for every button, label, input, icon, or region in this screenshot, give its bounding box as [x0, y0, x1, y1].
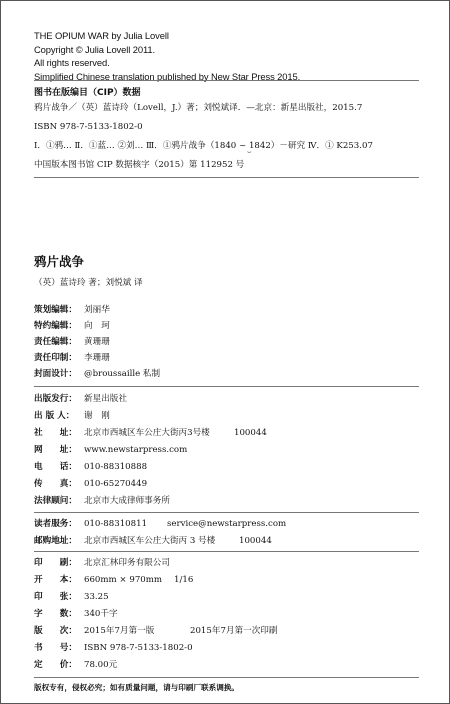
- row-value: 北京市西城区车公庄大街丙 3 号楼: [84, 534, 239, 549]
- print-run: 2015年7月第一次印刷: [190, 624, 278, 639]
- cip-title: 图书在版编目（CIP）数据: [34, 85, 141, 98]
- row-label: 社 址：: [34, 426, 84, 441]
- book-title: 鸦片战争: [34, 252, 84, 270]
- row-value: 李珊珊: [84, 351, 110, 366]
- divider: [34, 677, 419, 678]
- publisher-row: 社 址：北京市西城区车公庄大街丙3号楼100044: [34, 426, 267, 441]
- row-label: 传 真：: [34, 477, 84, 492]
- printing-row: 印 刷：北京汇林印务有限公司: [34, 556, 170, 571]
- copyright-page: THE OPIUM WAR by Julia Lovell Copyright …: [0, 0, 450, 704]
- copyright-footer-note: 版权专有，侵权必究；如有质量问题，请与印刷厂联系调换。: [34, 682, 239, 693]
- row-value: 向 珂: [84, 319, 110, 334]
- row-value: 北京市西城区车公庄大街丙3号楼: [84, 426, 234, 441]
- publisher-row: 电 话：010-88310888: [34, 460, 147, 475]
- row-value: 660mm × 970mm: [84, 573, 174, 588]
- divider: [34, 177, 419, 178]
- row-value: 010-88310811: [84, 517, 167, 532]
- row-label: 策划编辑：: [34, 303, 84, 318]
- email-link[interactable]: service@newstarpress.com: [167, 517, 286, 532]
- printer-mark: ⌣: [247, 148, 252, 157]
- row-label: 封面设计：: [34, 367, 84, 382]
- row-label: 网 址：: [34, 443, 84, 458]
- english-line-title: THE OPIUM WAR by Julia Lovell: [34, 29, 300, 43]
- publisher-row: 网 址：www.newstarpress.com: [34, 443, 187, 458]
- printing-row: 印 张：33.25: [34, 590, 109, 605]
- english-line-copyright: Copyright © Julia Lovell 2011.: [34, 43, 300, 57]
- cip-line-1: 鸦片战争／（英）蓝诗玲（Lovell，J.）著；刘悦斌译．—北京：新星出版社，2…: [34, 102, 362, 115]
- editor-row: 责任印制：李珊珊: [34, 351, 110, 366]
- printing-row: 版 次：2015年7月第一版2015年7月第一次印刷: [34, 624, 278, 639]
- row-value: 谢 刚: [84, 409, 110, 424]
- row-label: 法律顾问：: [34, 494, 84, 509]
- cip-line-isbn: ISBN 978-7-5133-1802-0: [34, 121, 143, 134]
- row-value: 北京市大成律师事务所: [84, 494, 170, 509]
- row-value: 刘丽华: [84, 303, 110, 318]
- divider: [34, 386, 419, 387]
- publisher-row: 出 版 人：谢 刚: [34, 409, 110, 424]
- english-notice: THE OPIUM WAR by Julia Lovell Copyright …: [34, 29, 300, 83]
- row-value: 340千字: [84, 607, 118, 622]
- editor-row: 责任编辑：黄珊珊: [34, 335, 110, 350]
- row-value: 78.00元: [84, 658, 117, 673]
- printing-row: 定 价：78.00元: [34, 658, 117, 673]
- row-value: ISBN 978-7-5133-1802-0: [84, 641, 193, 656]
- divider: [34, 80, 419, 81]
- row-value: 新星出版社: [84, 392, 127, 407]
- cip-line-classification: Ⅰ．①鸦… Ⅱ．①蓝… ②刘… Ⅲ．①鸦片战争（1840 ~ 1842）－研究 …: [34, 140, 373, 153]
- printing-row: 开 本：660mm × 970mm1/16: [34, 573, 193, 588]
- printing-row: 字 数：340千字: [34, 607, 118, 622]
- divider: [34, 551, 419, 552]
- postal-code: 100044: [239, 534, 272, 549]
- publisher-row: 传 真：010-65270449: [34, 477, 147, 492]
- reader-service-row: 读者服务：010-88310811service@newstarpress.co…: [34, 517, 286, 532]
- publisher-row: 法律顾问：北京市大成律师事务所: [34, 494, 170, 509]
- byline: （英）蓝诗玲 著；刘悦斌 译: [34, 276, 143, 288]
- row-label: 读者服务：: [34, 517, 84, 532]
- row-value: @broussaille 私制: [84, 367, 160, 382]
- row-label: 电 话：: [34, 460, 84, 475]
- cip-line-record: 中国版本图书馆 CIP 数据核字（2015）第 112952 号: [34, 159, 244, 172]
- row-value: 33.25: [84, 590, 109, 605]
- postal-code: 100044: [234, 426, 267, 441]
- row-label: 特约编辑：: [34, 319, 84, 334]
- row-label: 书 号：: [34, 641, 84, 656]
- printing-row: 书 号：ISBN 978-7-5133-1802-0: [34, 641, 193, 656]
- row-value: 北京汇林印务有限公司: [84, 556, 170, 571]
- row-value: 黄珊珊: [84, 335, 110, 350]
- english-line-rights: All rights reserved.: [34, 56, 300, 70]
- row-label: 邮购地址：: [34, 534, 84, 549]
- row-value: 010-88310888: [84, 460, 147, 475]
- row-label: 开 本：: [34, 573, 84, 588]
- publisher-row: 出版发行：新星出版社: [34, 392, 127, 407]
- row-label: 出版发行：: [34, 392, 84, 407]
- row-label: 责任印制：: [34, 351, 84, 366]
- format-fraction: 1/16: [174, 573, 193, 588]
- editor-row: 策划编辑：刘丽华: [34, 303, 110, 318]
- row-label: 定 价：: [34, 658, 84, 673]
- website-link[interactable]: www.newstarpress.com: [84, 443, 187, 458]
- row-label: 版 次：: [34, 624, 84, 639]
- row-label: 字 数：: [34, 607, 84, 622]
- row-value: 2015年7月第一版: [84, 624, 190, 639]
- row-value: 010-65270449: [84, 477, 147, 492]
- row-label: 印 张：: [34, 590, 84, 605]
- editor-row: 封面设计：@broussaille 私制: [34, 367, 160, 382]
- row-label: 责任编辑：: [34, 335, 84, 350]
- divider: [34, 512, 419, 513]
- row-label: 印 刷：: [34, 556, 84, 571]
- reader-service-row: 邮购地址：北京市西城区车公庄大街丙 3 号楼100044: [34, 534, 272, 549]
- editor-row: 特约编辑：向 珂: [34, 319, 110, 334]
- row-label: 出 版 人：: [34, 409, 84, 424]
